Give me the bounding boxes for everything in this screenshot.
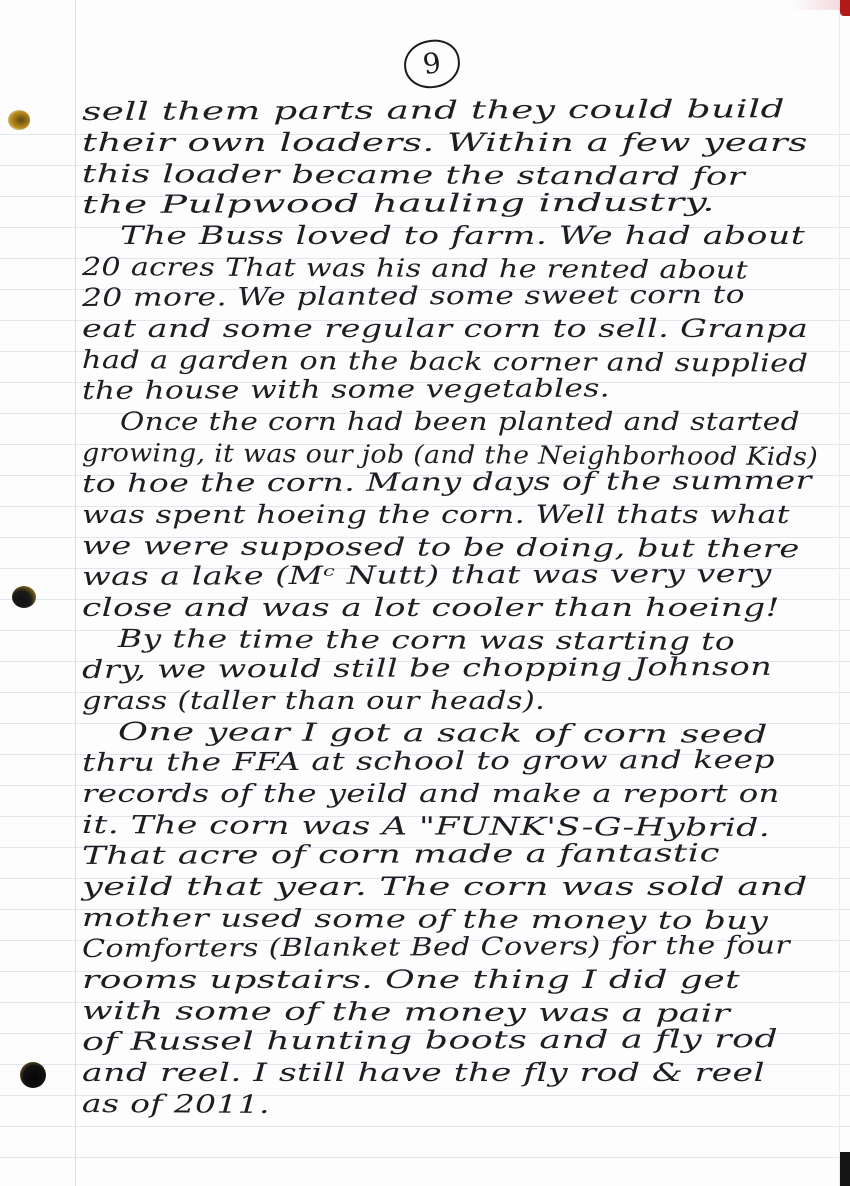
- page-number-text: 9: [421, 49, 443, 79]
- punch-hole-middle: [12, 586, 36, 608]
- punch-hole-bottom: [20, 1062, 46, 1088]
- handwritten-line: close and was a lot cooler than hoeing!: [82, 592, 780, 623]
- margin-line: [75, 0, 76, 1186]
- handwritten-line: of Russel hunting boots and a fly rod: [82, 1023, 778, 1057]
- handwritten-line: Comforters (Blanket Bed Covers) for the …: [82, 929, 790, 964]
- handwritten-line: That acre of corn made a fantastic: [82, 837, 720, 871]
- red-corner-mark: [840, 0, 850, 16]
- handwritten-line: was spent hoeing the corn. Well thats wh…: [82, 499, 790, 530]
- handwritten-line: thru the FFA at school to grow and keep: [82, 744, 775, 778]
- handwritten-line: as of 2011.: [82, 1088, 270, 1120]
- handwritten-line: grass (taller than our heads).: [82, 685, 545, 716]
- handwritten-line: rooms upstairs. One thing I did get: [82, 964, 740, 995]
- handwritten-line: sell them parts and they could build: [82, 93, 785, 127]
- handwritten-line: the Pulpwood hauling industry.: [82, 187, 715, 220]
- handwritten-line: was a lake (Mᶜ Nutt) that was very very: [82, 558, 772, 592]
- handwritten-line: their own loaders. Within a few years: [82, 127, 808, 158]
- corner-tint: [792, 0, 842, 10]
- handwritten-line: to hoe the corn. Many days of the summer: [82, 465, 812, 499]
- handwritten-line: The Buss loved to farm. We had about: [120, 220, 805, 251]
- handwritten-line: yeild that year. The corn was sold and: [82, 871, 808, 902]
- handwritten-line: Once the corn had been planted and start…: [120, 406, 800, 437]
- handwritten-line: the house with some vegetables.: [82, 372, 610, 406]
- handwritten-line: 20 more. We planted some sweet corn to: [82, 279, 745, 313]
- notebook-page: 9 sell them parts and they could buildth…: [0, 0, 850, 1186]
- punch-hole-top: [8, 110, 30, 130]
- dark-corner-shadow: [840, 1152, 850, 1186]
- handwritten-line: records of the yeild and make a report o…: [82, 778, 780, 809]
- handwritten-line: eat and some regular corn to sell. Granp…: [82, 313, 808, 344]
- page-right-edge: [839, 0, 840, 1186]
- handwritten-line: dry, we would still be chopping Johnson: [82, 651, 772, 685]
- handwritten-line: and reel. I still have the fly rod & ree…: [82, 1057, 765, 1088]
